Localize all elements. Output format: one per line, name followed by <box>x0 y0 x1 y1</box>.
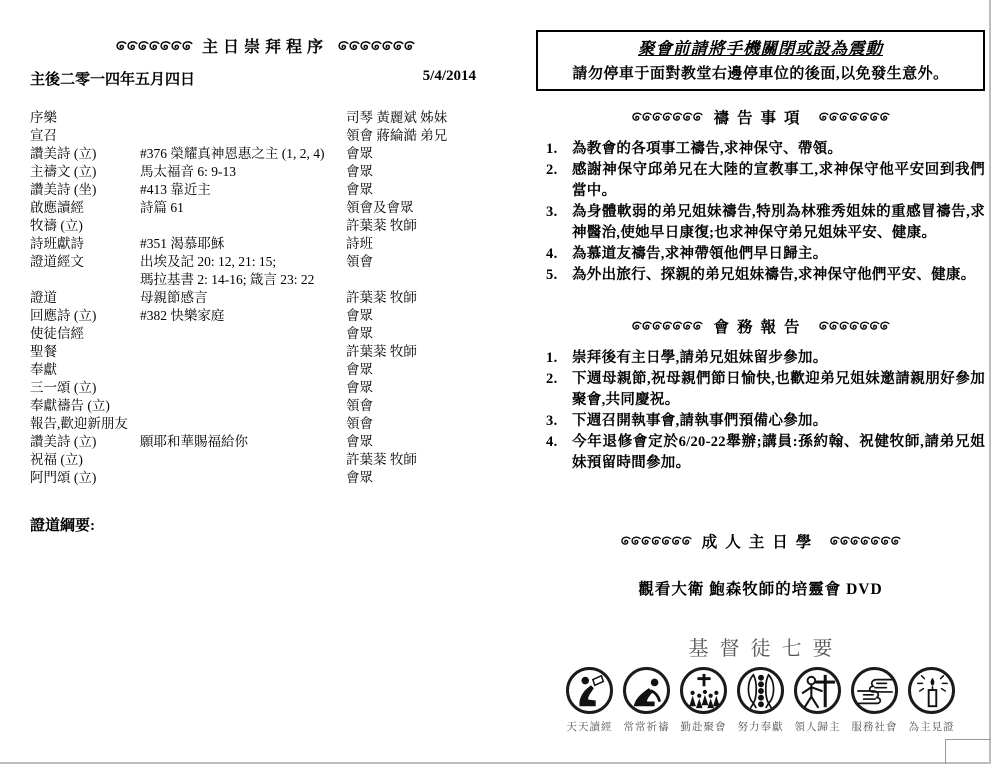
report-item: 崇拜後有主日學,請弟兄姐妹留步參加。 <box>572 348 985 369</box>
prayer-item: 為教會的各項事工禱告,求神保守、帶領。 <box>572 139 985 160</box>
essential-caption: 領人歸主 <box>795 719 841 734</box>
serving-hands-icon <box>851 667 898 714</box>
report-section-title: 會務報告 <box>713 315 807 337</box>
program-item: 報告,歡迎新朋友 <box>30 415 140 433</box>
program-person: 詩班 <box>346 235 500 253</box>
program-person: 領會及會眾 <box>346 199 500 217</box>
candle-light-icon <box>908 667 955 714</box>
program-item: 讚美詩 (立) <box>30 433 140 451</box>
prayer-item: 為慕道友禱告,求神帶領他們早日歸主。 <box>572 244 985 265</box>
program-item: 牧禱 (立) <box>30 217 140 235</box>
report-section-header: 會務報告 <box>536 315 985 337</box>
program-person: 會眾 <box>346 361 500 379</box>
program-person: 領會 <box>346 253 500 289</box>
program-detail <box>140 379 346 397</box>
program-detail: #351 渴慕耶穌 <box>140 235 346 253</box>
essential-witness: 為主見證 <box>904 667 960 734</box>
program-person: 會眾 <box>346 163 500 181</box>
essential-caption: 努力奉獻 <box>738 719 784 734</box>
essential-caption: 為主見證 <box>909 719 955 734</box>
program-item: 主禱文 (立) <box>30 163 140 181</box>
prayer-section-title: 禱告事項 <box>713 106 807 128</box>
essential-diligent-offering: 努力奉獻 <box>733 667 789 734</box>
report-list: 崇拜後有主日學,請弟兄姐妹留步參加。 下週母親節,祝母親們節日愉快,也歡迎弟兄姐… <box>536 348 985 474</box>
program-item: 奉獻禱告 (立) <box>30 397 140 415</box>
essential-constant-prayer: 常常祈禱 <box>619 667 675 734</box>
program-item: 啟應讀經 <box>30 199 140 217</box>
program-detail <box>140 325 346 343</box>
program-item: 奉獻 <box>30 361 140 379</box>
swirl-divider-icon <box>620 535 692 547</box>
swirl-divider-icon <box>829 535 901 547</box>
program-person: 許葉棻 牧師 <box>346 343 500 361</box>
program-detail <box>140 343 346 361</box>
program-detail: 馬太福音 6: 9-13 <box>140 163 346 181</box>
essential-caption: 勤赴聚會 <box>681 719 727 734</box>
worship-order-column: 主日崇拜程序 主後二零一四年五月四日 5/4/2014 序樂 司琴 黃麗斌 姊妹… <box>30 34 500 535</box>
program-detail: 願耶和華賜福給你 <box>140 433 346 451</box>
date-chinese: 主後二零一四年五月四日 <box>30 68 195 89</box>
program-detail <box>140 469 346 487</box>
program-detail <box>140 451 346 469</box>
program-item: 證道經文 <box>30 253 140 289</box>
phone-notice: 聚會前請將手機關閉或設為震動 <box>544 35 977 59</box>
essential-lead-to-lord: 領人歸主 <box>790 667 846 734</box>
program-detail: 出埃及記 20: 12, 21: 15; 瑪拉基書 2: 14-16; 箴言 2… <box>140 253 346 289</box>
swirl-divider-icon <box>818 111 890 123</box>
prayer-list: 為教會的各項事工禱告,求神保守、帶領。 感謝神保守邱弟兄在大陸的宣教事工,求神保… <box>536 139 985 286</box>
essential-serve-society: 服務社會 <box>847 667 903 734</box>
essential-daily-reading: 天天讀經 <box>562 667 618 734</box>
swirl-divider-icon <box>114 40 194 52</box>
date-numeric: 5/4/2014 <box>423 68 476 89</box>
essential-caption: 天天讀經 <box>567 719 613 734</box>
worship-order-header: 主日崇拜程序 <box>30 34 500 57</box>
program-item: 讚美詩 (立) <box>30 145 140 163</box>
swirl-divider-icon <box>631 111 703 123</box>
program-detail <box>140 109 346 127</box>
seven-essentials-title: 基督徒七要 <box>536 632 985 661</box>
program-person: 領會 <box>346 415 500 433</box>
page-title: 主日崇拜程序 <box>202 34 328 57</box>
program-person: 會眾 <box>346 325 500 343</box>
program-detail <box>140 415 346 433</box>
program-item: 三一頌 (立) <box>30 379 140 397</box>
swirl-divider-icon <box>336 40 416 52</box>
program-detail <box>140 127 346 145</box>
cross-congregation-icon <box>680 667 727 714</box>
text-boundary-corner-mark <box>945 739 991 764</box>
prayer-item: 為身體軟弱的弟兄姐妹禱告,特別為林雅秀姐妹的重感冒禱告,求神醫治,使她早日康復;… <box>572 202 985 244</box>
program-item: 證道 <box>30 289 140 307</box>
prayer-item: 為外出旅行、探親的弟兄姐妹禱告,求神保守他們平安、健康。 <box>572 265 985 286</box>
report-item: 今年退修會定於6/20-22舉辦;講員:孫約翰、祝健牧師,請弟兄姐妹預留時間參加… <box>572 432 985 474</box>
program-item: 祝福 (立) <box>30 451 140 469</box>
program-person: 會眾 <box>346 469 500 487</box>
sermon-outline-label: 證道綱要: <box>30 514 500 535</box>
program-table: 序樂 司琴 黃麗斌 姊妹 宣召 領會 蔣綸澔 弟兄 讚美詩 (立) #376 榮… <box>30 109 500 487</box>
program-person: 會眾 <box>346 307 500 325</box>
swirl-divider-icon <box>818 320 890 332</box>
program-item: 阿門頌 (立) <box>30 469 140 487</box>
program-item: 聖餐 <box>30 343 140 361</box>
program-detail <box>140 397 346 415</box>
prayer-section-header: 禱告事項 <box>536 106 985 128</box>
bulletin-page: 主日崇拜程序 主後二零一四年五月四日 5/4/2014 序樂 司琴 黃麗斌 姊妹… <box>0 0 991 764</box>
person-with-cross-icon <box>794 667 841 714</box>
program-item: 使徒信經 <box>30 325 140 343</box>
program-person: 會眾 <box>346 433 500 451</box>
reading-person-icon <box>566 667 613 714</box>
program-detail: 詩篇 61 <box>140 199 346 217</box>
seven-essentials-clipart: 基督徒七要 天天讀經 <box>536 632 985 734</box>
program-item: 讚美詩 (坐) <box>30 181 140 199</box>
announcements-column: 聚會前請將手機關閉或設為震動 請勿停車于面對教堂右邊停車位的後面,以免發生意外。… <box>536 30 985 734</box>
sunday-school-content: 觀看大衛 鮑森牧師的培靈會 DVD <box>536 577 985 599</box>
parking-notice: 請勿停車于面對教堂右邊停車位的後面,以免發生意外。 <box>544 62 977 83</box>
program-person: 會眾 <box>346 379 500 397</box>
program-person: 許葉棻 牧師 <box>346 217 500 235</box>
program-item: 宣召 <box>30 127 140 145</box>
essential-attend-meetings: 勤赴聚會 <box>676 667 732 734</box>
report-item: 下週母親節,祝母親們節日愉快,也歡迎弟兄姐妹邀請親朋好參加聚會,共同慶祝。 <box>572 369 985 411</box>
program-detail <box>140 361 346 379</box>
program-person: 許葉棻 牧師 <box>346 451 500 469</box>
program-item: 詩班獻詩 <box>30 235 140 253</box>
program-person: 領會 <box>346 397 500 415</box>
program-detail: #413 靠近主 <box>140 181 346 199</box>
essential-caption: 服務社會 <box>852 719 898 734</box>
essential-caption: 常常祈禱 <box>624 719 670 734</box>
praying-person-icon <box>623 667 670 714</box>
program-detail: 母親節感言 <box>140 289 346 307</box>
program-detail <box>140 217 346 235</box>
program-detail: #376 榮耀真神恩惠之主 (1, 2, 4) <box>140 145 346 163</box>
swirl-divider-icon <box>631 320 703 332</box>
sunday-school-title: 成人主日學 <box>702 530 820 552</box>
fish-and-coins-icon <box>737 667 784 714</box>
program-person: 司琴 黃麗斌 姊妹 <box>346 109 500 127</box>
program-person: 許葉棻 牧師 <box>346 289 500 307</box>
report-item: 下週召開執事會,請執事們預備心參加。 <box>572 411 985 432</box>
essentials-row: 天天讀經 常常祈禱 <box>536 667 985 734</box>
program-person: 會眾 <box>346 145 500 163</box>
notice-box: 聚會前請將手機關閉或設為震動 請勿停車于面對教堂右邊停車位的後面,以免發生意外。 <box>536 30 985 91</box>
program-person: 會眾 <box>346 181 500 199</box>
date-row: 主後二零一四年五月四日 5/4/2014 <box>30 68 500 89</box>
program-item: 序樂 <box>30 109 140 127</box>
program-detail: #382 快樂家庭 <box>140 307 346 325</box>
prayer-item: 感謝神保守邱弟兄在大陸的宣教事工,求神保守他平安回到我們當中。 <box>572 160 985 202</box>
program-item: 回應詩 (立) <box>30 307 140 325</box>
sunday-school-header: 成人主日學 <box>536 530 985 552</box>
program-person: 領會 蔣綸澔 弟兄 <box>346 127 500 145</box>
